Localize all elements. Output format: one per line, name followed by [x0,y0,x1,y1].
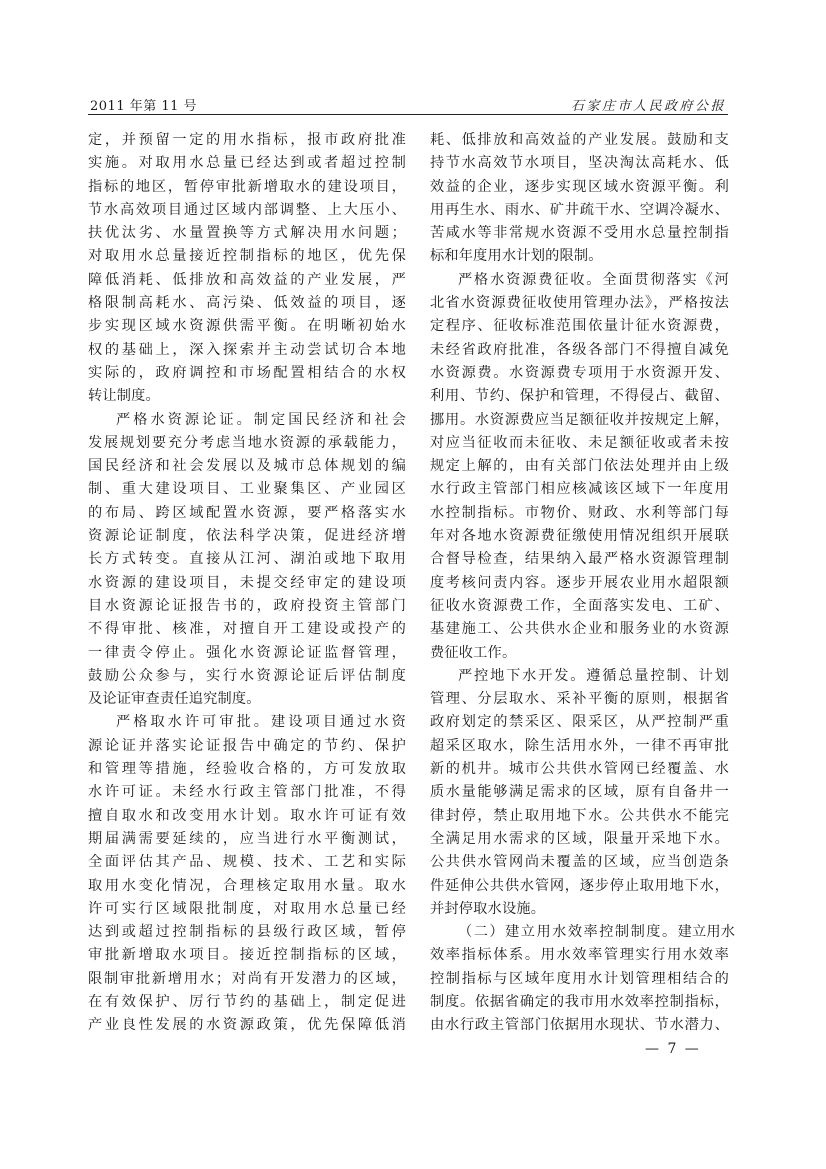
text-line: 长方式转变。直接从江河、湖泊或地下取用 [88,548,406,571]
text-line: 限制审批新增用水；对尚有开发潜力的区域， [88,968,406,991]
text-line: 对应当征收而未征收、未足额征收或者未按 [430,432,729,455]
text-line: 步实现区域水资源供需平衡。在明晰初始水 [88,315,406,338]
text-line: 持节水高效节水项目，坚决淘汰高耗水、低 [430,152,729,175]
text-line: 及论证审查责任追究制度。 [88,688,406,711]
text-line: 标和年度用水计划的限制。 [430,245,729,268]
text-line: 不得审批、核准，对擅自开工建设或投产的 [88,618,406,641]
text-line: 实施。对取用水总量已经达到或者超过控制 [88,152,406,175]
text-line: 障低消耗、低排放和高效益的产业发展，严 [88,269,406,292]
text-line: 国民经济和社会发展以及城市总体规划的编 [88,455,406,478]
text-line: 效益的企业，逐步实现区域水资源平衡。利 [430,176,729,199]
text-line: 规定上解的，由有关部门依法处理并由上级 [430,455,729,478]
text-line: 实际的，政府调控和市场配置相结合的水权 [88,362,406,385]
text-line: 水资源的建设项目，未提交经审定的建设项 [88,572,406,595]
text-line: 未经省政府批准，各级各部门不得擅自减免 [430,339,729,362]
text-line: 控制指标与区域年度用水计划管理相结合的 [430,968,729,991]
text-line: 资源论证制度，依法科学决策，促进经济增 [88,525,406,548]
text-line: 制、重大建设项目、工业聚集区、产业园区 [88,478,406,501]
text-line: 的布局、跨区域配置水资源，要严格落实水 [88,502,406,525]
text-line: 和管理等措施，经验收合格的，方可发放取 [88,758,406,781]
text-line: 目水资源论证报告书的，政府投资主管部门 [88,595,406,618]
text-line: 水许可证。未经水行政主管部门批准，不得 [88,781,406,804]
text-line: 对取用水总量接近控制指标的地区，优先保 [88,245,406,268]
text-line: 新的机井。城市公共供水管网已经覆盖、水 [430,758,729,781]
text-line: 北省水资源费征收使用管理办法》，严格按法 [430,292,729,315]
text-line: 费征收工作。 [430,642,729,665]
text-line: 审批新增取水项目。接近控制指标的区域， [88,944,406,967]
text-line: 征收水资源费工作，全面落实发电、工矿、 [430,595,729,618]
text-line: 水行政主管部门相应核减该区域下一年度用 [430,478,729,501]
text-line: 定程序、征收标准范围依量计征水资源费， [430,315,729,338]
text-line: 全面评估其产品、规模、技术、工艺和实际 [88,851,406,874]
text-line: 管理、分层取水、采补平衡的原则，根据省 [430,688,729,711]
text-line: 水控制指标。市物价、财政、水利等部门每 [430,502,729,525]
text-line: 源论证并落实论证报告中确定的节约、保护 [88,735,406,758]
text-line: 转让制度。 [88,385,406,408]
text-line: 用再生水、雨水、矿井疏干水、空调冷凝水、 [430,199,729,222]
text-line: 期届满需要延续的，应当进行水平衡测试， [88,828,406,851]
text-line: 水资源费。水资源费专项用于水资源开发、 [430,362,729,385]
text-line: 在有效保护、厉行节约的基础上，制定促进 [88,991,406,1014]
text-line: 质水量能够满足需求的区域，原有自备井一 [430,781,729,804]
text-line: 严格水资源论证。制定国民经济和社会 [88,409,406,432]
text-line: 严格水资源费征收。全面贯彻落实《河 [430,269,729,292]
text-line: 许可实行区域限批制度，对取用水总量已经 [88,898,406,921]
text-line: 格限制高耗水、高污染、低效益的项目，逐 [88,292,406,315]
text-line: 发展规划要充分考虑当地水资源的承载能力， [88,432,406,455]
text-line: 取用水变化情况，合理核定取用水量。取水 [88,875,406,898]
text-line: 合督导检查，结果纳入最严格水资源管理制 [430,548,729,571]
text-line: （二）建立用水效率控制制度。建立用水 [430,921,729,944]
issue-label: 2011 年第 11 号 [90,95,197,114]
text-line: 一律责令停止。强化水资源论证监督管理， [88,642,406,665]
right-column: 耗、低排放和高效益的产业发展。鼓励和支持节水高效节水项目，坚决淘汰高耗水、低效益… [430,129,729,1038]
text-line: 基建施工、公共供水企业和服务业的水资源 [430,618,729,641]
text-line: 并封停取水设施。 [430,898,729,921]
text-line: 鼓励公众参与，实行水资源论证后评估制度 [88,665,406,688]
publication-title: 石家庄市人民政府公报 [571,95,726,114]
text-line: 达到或超过控制指标的县级行政区域，暂停 [88,921,406,944]
text-line: 律封停，禁止取用地下水。公共供水不能完 [430,805,729,828]
text-line: 苦咸水等非常规水资源不受用水总量控制指 [430,222,729,245]
text-line: 擅自取水和改变用水计划。取水许可证有效 [88,805,406,828]
running-header: 2011 年第 11 号 石家庄市人民政府公报 [88,92,728,115]
text-line: 指标的地区，暂停审批新增取水的建设项目， [88,176,406,199]
text-line: 公共供水管网尚未覆盖的区域，应当创造条 [430,851,729,874]
left-column: 定，并预留一定的用水指标，报市政府批准实施。对取用水总量已经达到或者超过控制指标… [88,129,406,1038]
page-number: — 7 — [645,1041,701,1057]
text-line: 利用、节约、保护和管理，不得侵占、截留、 [430,385,729,408]
text-line: 度考核问责内容。逐步开展农业用水超限额 [430,572,729,595]
text-line: 件延伸公共供水管网，逐步停止取用地下水， [430,875,729,898]
text-line: 政府划定的禁采区、限采区，从严控制严重 [430,711,729,734]
text-line: 节水高效项目通过区域内部调整、上大压小、 [88,199,406,222]
text-line: 制度。依据省确定的我市用水效率控制指标， [430,991,729,1014]
text-line: 产业良性发展的水资源政策，优先保障低消 [88,1014,406,1037]
text-line: 严控地下水开发。遵循总量控制、计划 [430,665,729,688]
text-line: 严格取水许可审批。建设项目通过水资 [88,711,406,734]
text-line: 权的基础上，深入探索并主动尝试切合本地 [88,339,406,362]
text-line: 超采区取水，除生活用水外，一律不再审批 [430,735,729,758]
section-heading-rest: 建立用水 [678,924,736,940]
text-line: 效率指标体系。用水效率管理实行用水效率 [430,944,729,967]
text-line: 由水行政主管部门依据用水现状、节水潜力、 [430,1014,729,1037]
text-line: 挪用。水资源费应当足额征收并按规定上解， [430,409,729,432]
text-line: 扶优汰劣、水量置换等方式解决用水问题； [88,222,406,245]
text-line: 年对各地水资源费征缴使用情况组织开展联 [430,525,729,548]
text-line: 全满足用水需求的区域，限量开采地下水。 [430,828,729,851]
text-line: 耗、低排放和高效益的产业发展。鼓励和支 [430,129,729,152]
text-line: 定，并预留一定的用水指标，报市政府批准 [88,129,406,152]
section-heading: （二）建立用水效率控制制度。 [458,924,678,940]
